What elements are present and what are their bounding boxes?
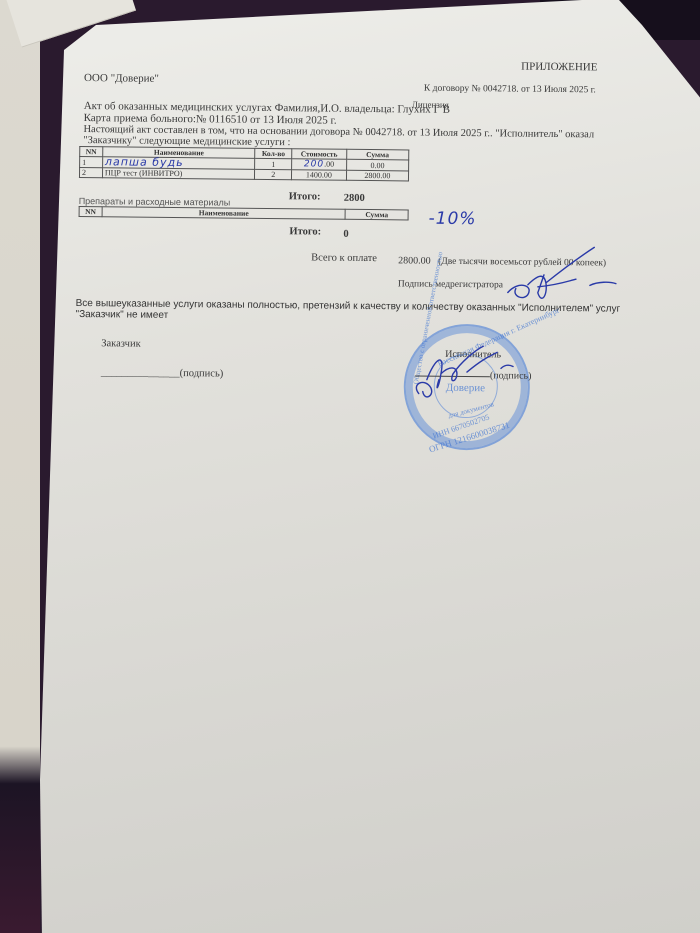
executor-signature [405,343,516,404]
contract-reference: К договору № 0042718. от 13 Июля 2025 г. [424,84,596,96]
customer-label: Заказчик [101,338,141,349]
col-header-nn: NN [80,147,103,157]
registrar-signature-label: Подпись медрегистратора [398,279,503,290]
col-header-sum: Сумма [345,209,408,220]
materials-table-header-row: NN Наименование Сумма [79,206,408,219]
handwritten-discount-note: -10% [428,209,476,230]
row-name: лапша будь [102,157,255,170]
row-qty: 2 [255,169,292,179]
table-row: 2 ПЦР тест (ИНВИТРО) 2 1400.00 2800.00 [79,168,408,181]
row-price: 200.00 [292,159,347,171]
col-header-price: Стоимость [292,149,347,160]
row-sum: 0.00 [346,159,408,171]
row-name: ПЦР тест (ИНВИТРО) [102,168,255,180]
materials-table: NN Наименование Сумма [79,206,409,220]
payment-amount: 2800.00 [398,255,431,266]
col-header-name: Наименование [102,207,345,220]
closing-line-2: "Заказчик" не имеет [75,309,168,321]
appendix-title: ПРИЛОЖЕНИЕ [521,61,597,74]
row-price: 1400.00 [292,170,347,181]
customer-signature-line: _______________(подпись) [101,367,223,379]
services-total-value: 2800 [344,193,365,204]
handwritten-service-name: лапша будь [105,155,184,169]
company-name: ООО "Доверие" [84,72,159,85]
payment-label: Всего к оплате [311,252,377,264]
col-header-sum: Сумма [346,149,408,160]
col-header-nn: NN [79,206,102,216]
registrar-signature [498,244,619,305]
row-qty: 1 [255,158,292,169]
materials-total-label: Итого: [289,226,321,237]
handwritten-price: 200 [304,159,324,169]
col-header-qty: Кол-во [255,148,292,158]
row-nn: 1 [80,157,103,168]
services-total-label: Итого: [289,191,321,202]
materials-total-value: 0 [343,229,348,240]
row-sum: 2800.00 [346,170,408,181]
row-nn: 2 [79,168,102,178]
document-content: ПРИЛОЖЕНИЕ ООО "Доверие" К договору № 00… [0,0,700,933]
services-table: NN Наименование Кол-во Стоимость Сумма 1… [79,146,409,181]
